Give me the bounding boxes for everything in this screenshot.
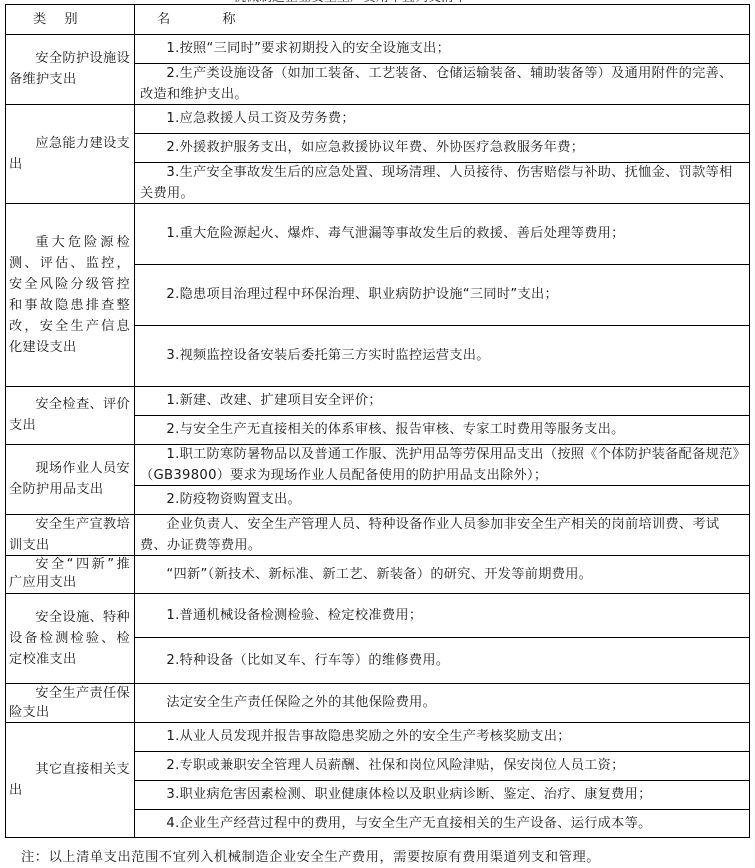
item-cell: 企业负责人、安全生产管理人员、特种设备作业人员参加非安全生产相关的岗前培训费、考…: [135, 514, 749, 555]
expense-table: 类 别 名 称 安全防护设施设备维护支出 1.按照“三同时”要求初期投入的安全设…: [5, 4, 750, 838]
item-cell: 1.新建、改建、扩建项目安全评价；: [135, 386, 749, 415]
item-cell: 2.生产类设施设备（如加工装备、工艺装备、仓储运输装备、辅助装备等）及通用附件的…: [135, 63, 749, 104]
category-cell: 安全防护设施设备维护支出: [6, 34, 134, 103]
category-cell: 其它直接相关支出: [6, 722, 134, 837]
category-cell: 安全生产宣教培训支出: [6, 514, 134, 555]
item-cell: 1.普通机械设备检测检验、检定校准费用；: [135, 593, 749, 637]
item-cell: 3.视频监控设备安装后委托第三方实时监控运营支出。: [135, 325, 749, 386]
item-cell: 1.重大危险源起火、爆炸、毒气泄漏等事故发生后的救援、善后处理等费用；: [135, 203, 749, 264]
item-cell: 2.与安全生产无直接相关的体系审核、报告审核、专家工时费用等服务支出。: [135, 415, 749, 444]
category-cell: 现场作业人员安全防护用品支出: [6, 444, 134, 514]
item-cell: 2.防疫物资购置支出。: [135, 485, 749, 514]
item-cell: “四新”（新技术、新标准、新工艺、新装备）的研究、开发等前期费用。: [135, 555, 749, 593]
category-cell: 安全生产责任保险支出: [6, 683, 134, 722]
document-title-clipped: 机械制造企业安全生产费用不宜列支清单: [150, 0, 550, 2]
item-cell: 3.生产安全事故发生后的应急处置、现场清理、人员接待、伤害赔偿与补助、抚恤金、罚…: [135, 162, 749, 203]
header-name: 名 称: [135, 5, 749, 34]
header-category: 类 别: [6, 5, 134, 34]
item-cell: 1.按照“三同时”要求初期投入的安全设施支出；: [135, 34, 749, 63]
item-cell: 1.从业人员发现并报告事故隐患奖励之外的安全生产考核奖励支出；: [135, 722, 749, 751]
item-cell: 4.企业生产经营过程中的费用，与安全生产无直接相关的生产设备、运行成本等。: [135, 809, 749, 837]
item-cell: 2.外援救护服务支出，如应急救援协议年费、外协医疗急救服务年费；: [135, 133, 749, 162]
category-cell: 安全“四新”推广应用支出: [6, 555, 134, 593]
item-cell: 1.应急救援人员工资及劳务费；: [135, 104, 749, 133]
category-cell: 安全检查、评价支出: [6, 386, 134, 444]
item-cell: 2.特种设备（比如叉车、行车等）的维修费用。: [135, 637, 749, 683]
item-cell: 法定安全生产责任保险之外的其他保险费用。: [135, 683, 749, 722]
footnote: 注：以上清单支出范围不宜列入机械制造企业安全生产费用，需要按原有费用渠道列支和管…: [21, 848, 600, 868]
category-cell: 安全设施、特种设备检测检验、检定校准支出: [6, 593, 134, 683]
item-cell: 3.职业病危害因素检测、职业健康体检以及职业病诊断、鉴定、治疗、康复费用；: [135, 780, 749, 809]
category-cell: 应急能力建设支出: [6, 104, 134, 203]
item-cell: 1.职工防寒防暑物品以及普通工作服、洗护用品等劳保用品支出（按照《个体防护装备配…: [135, 444, 749, 485]
category-cell: 重大危险源检测、评估、监控，安全风险分级管控和事故隐患排查整改，安全生产信息化建…: [6, 203, 134, 386]
item-cell: 2.隐患项目治理过程中环保治理、职业病防护设施“三同时”支出；: [135, 264, 749, 325]
item-cell: 2.专职或兼职安全管理人员薪酬、社保和岗位风险津贴，保安岗位人员工资；: [135, 751, 749, 780]
